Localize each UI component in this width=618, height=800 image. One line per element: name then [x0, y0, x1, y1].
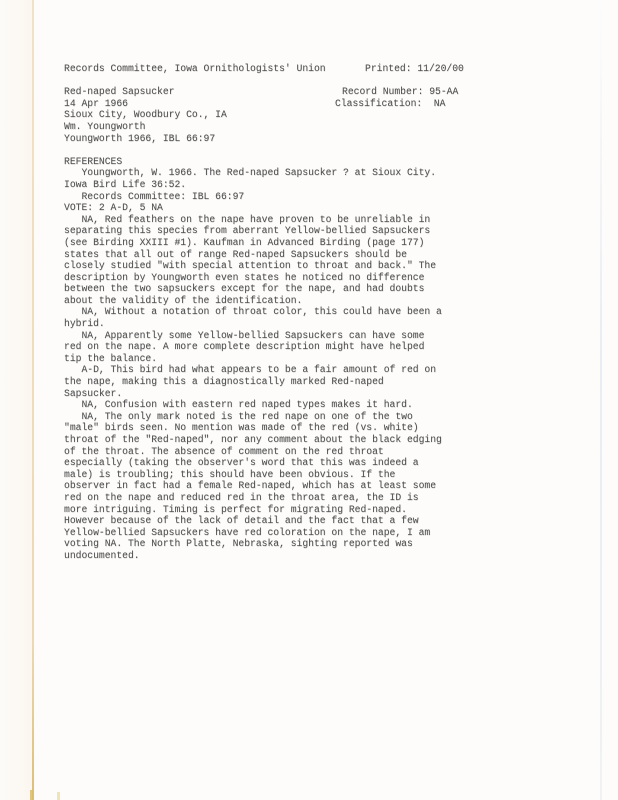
document-line: NA, Confusion with eastern red naped typ… — [64, 399, 534, 411]
document-text: Records Committee, Iowa Ornithologists' … — [64, 63, 534, 562]
document-line: observer in fact had a female Red-naped,… — [64, 480, 534, 492]
printed-field: Printed:11/20/00 — [365, 63, 464, 75]
document-line: tip the balance. — [64, 353, 534, 365]
document-line: about the validity of the identification… — [64, 295, 534, 307]
blank-line — [64, 144, 534, 156]
document-line: NA, Without a notation of throat color, … — [64, 306, 534, 318]
document-line: between the two sapsuckers except for th… — [64, 283, 534, 295]
scanned-document-page: Records Committee, Iowa Ornithologists' … — [0, 0, 618, 800]
document-line: description by Youngworth even states he… — [64, 272, 534, 284]
committee-title: Records Committee, Iowa Ornithologists' … — [64, 63, 326, 74]
location-row: Sioux City, Woodbury Co., IA — [64, 109, 534, 121]
document-line: Records Committee: IBL 66:97 — [64, 191, 534, 203]
document-line: states that all out of range Red-naped S… — [64, 249, 534, 261]
document-line: Iowa Bird Life 36:52. — [64, 179, 534, 191]
observer-row: Wm. Youngworth — [64, 121, 534, 133]
document-line: red on the nape. A more complete descrip… — [64, 341, 534, 353]
record-number-value: 95-AA — [429, 86, 458, 97]
document-line: Sapsucker. — [64, 388, 534, 400]
observation-date: 14 Apr 1966 — [64, 98, 128, 109]
document-line: voting NA. The North Platte, Nebraska, s… — [64, 538, 534, 550]
document-line: NA, Apparently some Yellow-bellied Sapsu… — [64, 330, 534, 342]
document-line: A-D, This bird had what appears to be a … — [64, 364, 534, 376]
document-line: However because of the lack of detail an… — [64, 515, 534, 527]
document-body: REFERENCES Youngworth, W. 1966. The Red-… — [64, 156, 534, 562]
document-line: hybrid. — [64, 318, 534, 330]
document-line: separating this species from aberrant Ye… — [64, 225, 534, 237]
document-line: of the throat. The absence of comment on… — [64, 446, 534, 458]
document-line: the nape, making this a diagnostically m… — [64, 376, 534, 388]
species-name: Red-naped Sapsucker — [64, 86, 174, 97]
document-line: especially (taking the observer's word t… — [64, 457, 534, 469]
page-left-margin-strip — [0, 0, 32, 800]
title-row: Records Committee, Iowa Ornithologists' … — [64, 63, 534, 75]
location-text: Sioux City, Woodbury Co., IA — [64, 109, 227, 120]
document-line: Yellow-bellied Sapsuckers have red color… — [64, 527, 534, 539]
document-line: "male" birds seen. No mention was made o… — [64, 422, 534, 434]
document-line: more intriguing. Timing is perfect for m… — [64, 504, 534, 516]
document-line: REFERENCES — [64, 156, 534, 168]
document-line: closely studied "with special attention … — [64, 260, 534, 272]
printed-label: Printed: — [365, 63, 412, 74]
page-left-edge-line — [32, 0, 34, 800]
document-line: red on the nape and reduced red in the t… — [64, 492, 534, 504]
printed-date: 11/20/00 — [417, 63, 464, 74]
citation-text: Youngworth 1966, IBL 66:97 — [64, 133, 215, 144]
document-line: (see Birding XXIII #1). Kaufman in Advan… — [64, 237, 534, 249]
document-line: throat of the "Red-naped", nor any comme… — [64, 434, 534, 446]
document-line: male) is troubling; this should have bee… — [64, 469, 534, 481]
classification-value: NA — [434, 98, 446, 109]
document-line: Youngworth, W. 1966. The Red-naped Sapsu… — [64, 167, 534, 179]
document-line: VOTE: 2 A-D, 5 NA — [64, 202, 534, 214]
blank-line — [64, 75, 534, 87]
document-line: NA, Red feathers on the nape have proven… — [64, 214, 534, 226]
scan-artifact-mark — [57, 792, 60, 800]
page-right-edge-line — [600, 0, 602, 800]
classification-label: Classification: — [335, 98, 422, 109]
species-row: Red-naped SapsuckerRecord Number:95-AA — [64, 86, 534, 98]
record-number-field: Record Number:95-AA — [342, 86, 458, 98]
observer-name: Wm. Youngworth — [64, 121, 145, 132]
scan-artifact-mark — [30, 790, 33, 800]
classification-field: Classification:NA — [335, 98, 445, 110]
document-line: undocumented. — [64, 550, 534, 562]
document-line: NA, The only mark noted is the red nape … — [64, 411, 534, 423]
record-number-label: Record Number: — [342, 86, 423, 97]
citation-row: Youngworth 1966, IBL 66:97 — [64, 133, 534, 145]
date-row: 14 Apr 1966Classification:NA — [64, 98, 534, 110]
